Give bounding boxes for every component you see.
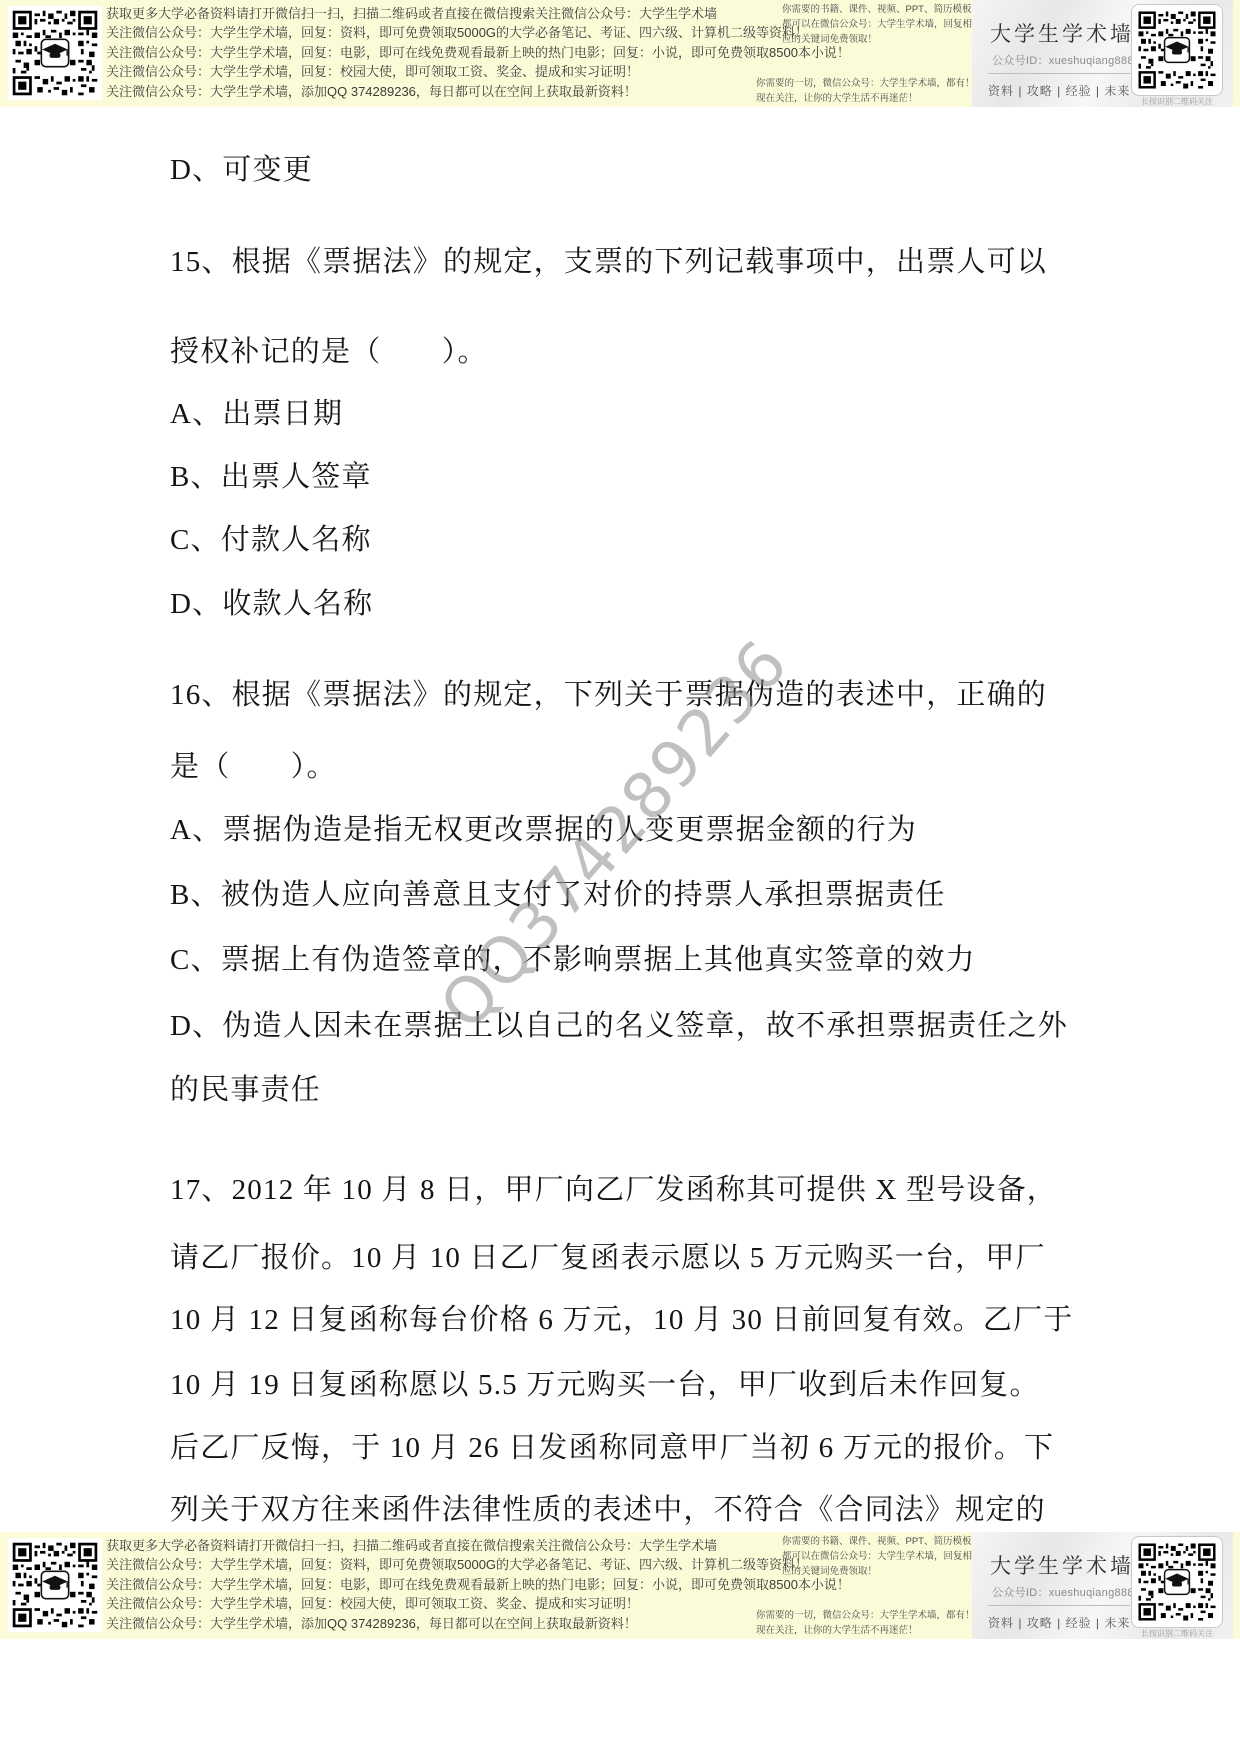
qr-caption: 长按识别二维码关注 <box>1130 96 1224 107</box>
banner-line: 关注微信公众号：大学生学术墙，回复：资料，即可免费领取5000G的大学必备笔记、… <box>106 23 786 42</box>
question-line: 列关于双方往来函件法律性质的表述中，不符合《合同法》规定的 <box>170 1490 1046 1530</box>
banner-line: 关注微信公众号：大学生学术墙，回复：资料，即可免费领取5000G的大学必备笔记、… <box>106 1555 786 1574</box>
question-line: 15、根据《票据法》的规定，支票的下列记载事项中，出票人可以 <box>170 242 1047 282</box>
banner-mid-slogan: 你需要的一切，微信公众号：大学生学术墙，都有！ 现在关注，让你的大学生活不再迷茫… <box>756 1608 976 1638</box>
banner-mid-slogan: 你需要的一切，微信公众号：大学生学术墙，都有！ 现在关注，让你的大学生活不再迷茫… <box>756 76 976 106</box>
question-line: 10 月 19 日复函称愿以 5.5 万元购买一台，甲厂收到后未作回复。 <box>170 1365 1040 1405</box>
banner-line: 关注微信公众号：大学生学术墙，添加QQ 374289236，每日都可以在空间上获… <box>106 1614 786 1633</box>
card-title: 大学生学术墙 <box>990 1550 1134 1580</box>
banner-line: 你需要的一切，微信公众号：大学生学术墙，都有！ <box>756 1608 976 1623</box>
qr-code-icon <box>8 1538 102 1632</box>
banner-line: 应的关键词免费领取！ <box>782 1565 982 1580</box>
banner-mid-note: 你需要的书籍、课件、视频、PPT、简历模板 都可以在微信公众号：大学生学术墙，回… <box>782 1535 982 1579</box>
option-line: D、可变更 <box>170 150 313 190</box>
banner-line: 关注微信公众号：大学生学术墙，添加QQ 374289236，每日都可以在空间上获… <box>106 82 786 101</box>
banner-line: 关注微信公众号：大学生学术墙，回复：电影，即可在线免费观看最新上映的热门电影；回… <box>106 43 786 62</box>
qr-code-icon <box>1132 1537 1222 1627</box>
option-line: B、出票人签章 <box>170 457 372 497</box>
question-line: 后乙厂反悔，于 10 月 26 日发函称同意甲厂当初 6 万元的报价。下 <box>170 1428 1054 1468</box>
option-line: D、收款人名称 <box>170 584 373 624</box>
card-divider <box>988 73 1130 74</box>
banner-line: 关注微信公众号：大学生学术墙，回复：校园大使，即可领取工资、奖金、提成和实习证明… <box>106 1594 786 1613</box>
option-line: C、付款人名称 <box>170 520 372 560</box>
banner-line: 应的关键词免费领取！ <box>782 33 982 48</box>
promo-banner-bottom: 获取更多大学必备资料请打开微信扫一扫，扫描二维码或者直接在微信搜索关注微信公众号… <box>0 1532 1240 1639</box>
banner-text-block: 获取更多大学必备资料请打开微信扫一扫，扫描二维码或者直接在微信搜索关注微信公众号… <box>106 1536 786 1633</box>
card-account-id: 公众号ID：xueshuqiang8888 <box>992 1584 1140 1600</box>
option-line: 的民事责任 <box>170 1070 321 1110</box>
question-line: 是（ ）。 <box>170 747 337 787</box>
question-line: 17、2012 年 10 月 8 日，甲厂向乙厂发函称其可提供 X 型号设备， <box>170 1170 1057 1210</box>
card-keywords: 资料 | 攻略 | 经验 | 未来 <box>988 82 1130 99</box>
qr-caption: 长按识别二维码关注 <box>1130 1628 1224 1639</box>
option-line: A、出票日期 <box>170 394 343 434</box>
banner-text-block: 获取更多大学必备资料请打开微信扫一扫，扫描二维码或者直接在微信搜索关注微信公众号… <box>106 4 786 101</box>
banner-line: 关注微信公众号：大学生学术墙，回复：电影，即可在线免费观看最新上映的热门电影；回… <box>106 1575 786 1594</box>
question-line: 请乙厂报价。10 月 10 日乙厂复函表示愿以 5 万元购买一台，甲厂 <box>170 1238 1046 1278</box>
banner-line: 现在关注，让你的大学生活不再迷茫！ <box>756 91 976 106</box>
question-line: 10 月 12 日复函称每台价格 6 万元，10 月 30 日前回复有效。乙厂于 <box>170 1300 1074 1340</box>
document-page: 获取更多大学必备资料请打开微信扫一扫，扫描二维码或者直接在微信搜索关注微信公众号… <box>0 0 1240 1754</box>
promo-banner-top: 获取更多大学必备资料请打开微信扫一扫，扫描二维码或者直接在微信搜索关注微信公众号… <box>0 0 1240 107</box>
banner-line: 现在关注，让你的大学生活不再迷茫！ <box>756 1623 976 1638</box>
banner-line: 你需要的书籍、课件、视频、PPT、简历模板 <box>782 3 982 18</box>
question-line: 16、根据《票据法》的规定，下列关于票据伪造的表述中，正确的 <box>170 675 1047 715</box>
card-title: 大学生学术墙 <box>990 18 1134 48</box>
banner-line: 你需要的书籍、课件、视频、PPT、简历模板 <box>782 1535 982 1550</box>
question-line: 授权补记的是（ ）。 <box>170 332 488 372</box>
banner-line: 都可以在微信公众号：大学生学术墙，回复相 <box>782 18 982 33</box>
wechat-account-card: 大学生学术墙 公众号ID：xueshuqiang8888 资料 | 攻略 | 经… <box>972 1532 1233 1639</box>
banner-line: 关注微信公众号：大学生学术墙，回复：校园大使，即可领取工资、奖金、提成和实习证明… <box>106 62 786 81</box>
banner-line: 你需要的一切，微信公众号：大学生学术墙，都有！ <box>756 76 976 91</box>
option-line: A、票据伪造是指无权更改票据的人变更票据金额的行为 <box>170 810 917 850</box>
banner-mid-note: 你需要的书籍、课件、视频、PPT、简历模板 都可以在微信公众号：大学生学术墙，回… <box>782 3 982 47</box>
card-keywords: 资料 | 攻略 | 经验 | 未来 <box>988 1614 1130 1631</box>
banner-line: 都可以在微信公众号：大学生学术墙，回复相 <box>782 1550 982 1565</box>
qr-code-icon <box>1132 5 1222 95</box>
banner-line: 获取更多大学必备资料请打开微信扫一扫，扫描二维码或者直接在微信搜索关注微信公众号… <box>106 1536 786 1555</box>
card-divider <box>988 1605 1130 1606</box>
option-line: C、票据上有伪造签章的，不影响票据上其他真实签章的效力 <box>170 940 976 980</box>
option-line: D、伪造人因未在票据上以自己的名义签章，故不承担票据责任之外 <box>170 1006 1068 1046</box>
wechat-account-card: 大学生学术墙 公众号ID：xueshuqiang8888 资料 | 攻略 | 经… <box>972 0 1233 107</box>
qr-code-icon <box>8 6 102 100</box>
banner-line: 获取更多大学必备资料请打开微信扫一扫，扫描二维码或者直接在微信搜索关注微信公众号… <box>106 4 786 23</box>
card-account-id: 公众号ID：xueshuqiang8888 <box>992 52 1140 68</box>
